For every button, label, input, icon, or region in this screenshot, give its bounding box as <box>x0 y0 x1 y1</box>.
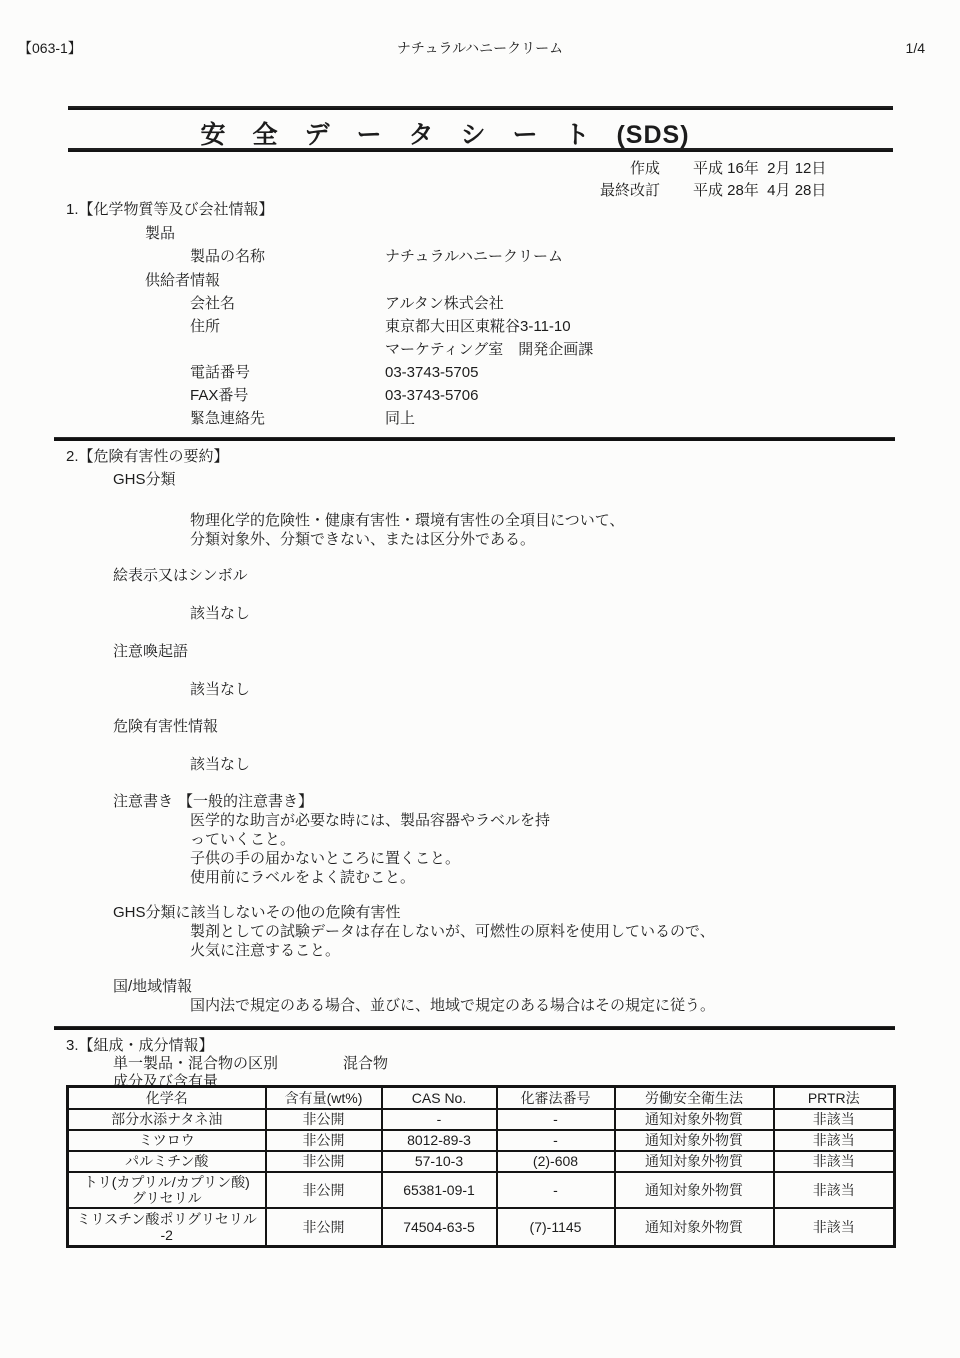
revised-value: 平成 28年 4月 28日 <box>693 181 826 200</box>
cell-content: 非公開 <box>266 1172 382 1208</box>
emergency-value: 同上 <box>385 409 415 428</box>
cell-content: 非公開 <box>266 1109 382 1130</box>
section3-heading: 3.【組成・成分情報】 <box>66 1036 214 1055</box>
table-row: トリ(カプリル/カプリン酸) グリセリル 非公開 65381-09-1 - 通知… <box>68 1172 895 1208</box>
precaution-line-2: っていくこと。 <box>190 830 295 849</box>
created-date-row: 作成 平成 16年 2月 12日 <box>480 159 826 178</box>
col-header-content: 含有量(wt%) <box>266 1087 382 1109</box>
cell-industrial-safety-law: 通知対象外物質 <box>615 1208 774 1247</box>
col-header-chemical-name: 化学名 <box>68 1087 266 1109</box>
cell-prtr-law: 非該当 <box>774 1208 895 1247</box>
supplier-group-label: 供給者情報 <box>145 271 220 290</box>
pictogram-value: 該当なし <box>190 604 250 623</box>
table-row: ミツロウ 非公開 8012-89-3 - 通知対象外物質 非該当 <box>68 1130 895 1151</box>
cell-kashinhou-no: - <box>497 1109 615 1130</box>
tel-value: 03-3743-5705 <box>385 363 478 382</box>
region-info-label: 国/地域情報 <box>113 977 192 996</box>
cell-prtr-law: 非該当 <box>774 1172 895 1208</box>
cell-cas-no: 74504-63-5 <box>382 1208 497 1247</box>
other-hazards-label: GHS分類に該当しないその他の危険有害性 <box>113 903 401 922</box>
precaution-line-1: 医学的な助言が必要な時には、製品容器やラベルを持 <box>190 811 550 830</box>
pictogram-label: 絵表示又はシンボル <box>113 566 248 585</box>
running-title: ナチュラルハニークリーム <box>0 39 960 58</box>
region-info-line-1: 国内法で規定のある場合、並びに、地域で規定のある場合はその規定に従う。 <box>190 996 715 1015</box>
cell-prtr-law: 非該当 <box>774 1130 895 1151</box>
emergency-label: 緊急連絡先 <box>190 409 265 428</box>
cell-chemical-name: パルミチン酸 <box>68 1151 266 1172</box>
cell-industrial-safety-law: 通知対象外物質 <box>615 1109 774 1130</box>
product-name-value: ナチュラルハニークリーム <box>385 247 563 266</box>
ghs-text-line2: 分類対象外、分類できない、または区分外である。 <box>190 530 535 549</box>
other-hazards-line-1: 製剤としての試験データは存在しないが、可燃性の原料を使用しているので、 <box>190 922 715 941</box>
other-hazards-line-2: 火気に注意すること。 <box>190 941 340 960</box>
signal-word-value: 該当なし <box>190 680 250 699</box>
cell-cas-no: - <box>382 1109 497 1130</box>
section1-heading: 1.【化学物質等及び会社情報】 <box>66 200 274 219</box>
cell-cas-no: 8012-89-3 <box>382 1130 497 1151</box>
col-header-industrial-safety-law: 労働安全衛生法 <box>615 1087 774 1109</box>
fax-label: FAX番号 <box>190 386 248 405</box>
address-value-2: マーケティング室 開発企画課 <box>385 340 593 359</box>
title-rule-top <box>68 106 893 110</box>
cell-content: 非公開 <box>266 1130 382 1151</box>
cell-kashinhou-no: - <box>497 1172 615 1208</box>
precaution-line-4: 使用前にラベルをよく読むこと。 <box>190 868 415 887</box>
revised-date-row: 最終改訂 平成 28年 4月 28日 <box>480 181 826 200</box>
section2-heading: 2.【危険有害性の要約】 <box>66 447 229 466</box>
cell-kashinhou-no: - <box>497 1130 615 1151</box>
cell-chemical-name: ミリスチン酸ポリグリセリル -2 <box>68 1208 266 1247</box>
page-title: 安 全 デ ー タ シ ー ト (SDS) <box>0 115 890 151</box>
precaution-label: 注意書き <box>113 792 173 811</box>
cell-kashinhou-no: (2)-608 <box>497 1151 615 1172</box>
table-row: パルミチン酸 非公開 57-10-3 (2)-608 通知対象外物質 非該当 <box>68 1151 895 1172</box>
col-header-cas-no: CAS No. <box>382 1087 497 1109</box>
created-value: 平成 16年 2月 12日 <box>693 159 826 178</box>
title-rule-bottom <box>68 148 893 152</box>
cell-prtr-law: 非該当 <box>774 1151 895 1172</box>
composition-table: 化学名 含有量(wt%) CAS No. 化審法番号 労働安全衛生法 PRTR法… <box>66 1085 896 1248</box>
product-name-label: 製品の名称 <box>190 247 265 266</box>
page-number: 1/4 <box>906 39 925 58</box>
signal-word-label: 注意喚起語 <box>113 642 188 661</box>
section2-divider <box>54 437 895 441</box>
precaution-sublabel: 【一般的注意書き】 <box>178 792 313 811</box>
cell-industrial-safety-law: 通知対象外物質 <box>615 1130 774 1151</box>
cell-content: 非公開 <box>266 1208 382 1247</box>
revised-label: 最終改訂 <box>480 181 660 200</box>
mixture-label: 単一製品・混合物の区別 <box>113 1054 278 1073</box>
tel-label: 電話番号 <box>190 363 250 382</box>
col-header-kashinhou-no: 化審法番号 <box>497 1087 615 1109</box>
address-label: 住所 <box>190 317 220 336</box>
cell-industrial-safety-law: 通知対象外物質 <box>615 1151 774 1172</box>
sds-document-page: 【063-1】 ナチュラルハニークリーム 1/4 安 全 デ ー タ シ ー ト… <box>0 0 960 1358</box>
table-row: ミリスチン酸ポリグリセリル -2 非公開 74504-63-5 (7)-1145… <box>68 1208 895 1247</box>
address-value: 東京都大田区東糀谷3-11-10 <box>385 317 571 336</box>
company-label: 会社名 <box>190 294 235 313</box>
ghs-label: GHS分類 <box>113 470 176 489</box>
col-header-prtr-law: PRTR法 <box>774 1087 895 1109</box>
cell-prtr-law: 非該当 <box>774 1109 895 1130</box>
cell-industrial-safety-law: 通知対象外物質 <box>615 1172 774 1208</box>
company-value: アルタン株式会社 <box>385 294 504 313</box>
cell-kashinhou-no: (7)-1145 <box>497 1208 615 1247</box>
created-label: 作成 <box>480 159 660 178</box>
cell-content: 非公開 <box>266 1151 382 1172</box>
table-row: 部分水添ナタネ油 非公開 - - 通知対象外物質 非該当 <box>68 1109 895 1130</box>
product-group-label: 製品 <box>145 224 175 243</box>
cell-cas-no: 65381-09-1 <box>382 1172 497 1208</box>
cell-cas-no: 57-10-3 <box>382 1151 497 1172</box>
cell-chemical-name: トリ(カプリル/カプリン酸) グリセリル <box>68 1172 266 1208</box>
ghs-text-line1: 物理化学的危険性・健康有害性・環境有害性の全項目について、 <box>190 511 624 530</box>
fax-value: 03-3743-5706 <box>385 386 478 405</box>
precaution-line-3: 子供の手の届かないところに置くこと。 <box>190 849 460 868</box>
mixture-value: 混合物 <box>343 1054 388 1073</box>
section3-divider <box>54 1026 895 1030</box>
hazard-info-value: 該当なし <box>190 755 250 774</box>
hazard-info-label: 危険有害性情報 <box>113 717 218 736</box>
table-header-row: 化学名 含有量(wt%) CAS No. 化審法番号 労働安全衛生法 PRTR法 <box>68 1087 895 1109</box>
cell-chemical-name: 部分水添ナタネ油 <box>68 1109 266 1130</box>
cell-chemical-name: ミツロウ <box>68 1130 266 1151</box>
